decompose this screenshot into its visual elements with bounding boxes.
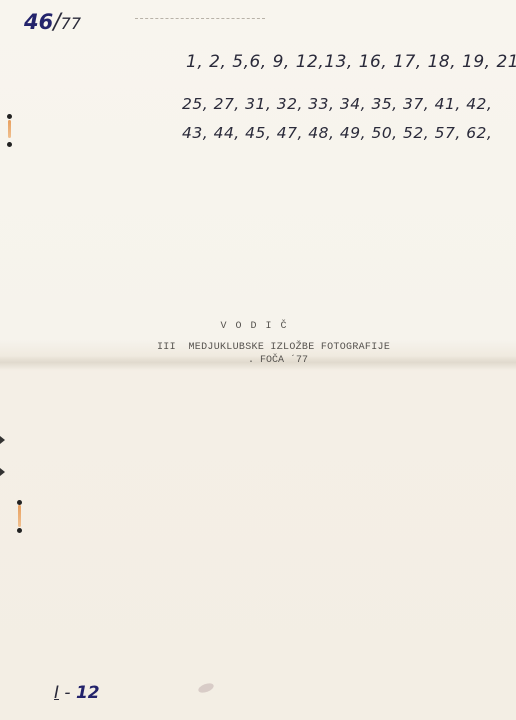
typed-place-year: . FOČA ´77 — [248, 355, 308, 366]
reference-number-value: 46 — [24, 10, 53, 34]
edge-mark-upper — [0, 436, 5, 444]
punch-hole-top-lower — [7, 142, 12, 147]
edge-mark-lower — [0, 468, 5, 476]
punch-hole-bottom-lower — [17, 528, 22, 533]
bottom-catalog-label: I - 12 — [54, 683, 100, 703]
typed-title: VODIČ — [0, 321, 516, 332]
handwritten-numbers-line-1: 1, 2, 5,6, 9, 12,13, 16, 17, 18, 19, 21 — [186, 52, 516, 72]
rust-stain-bottom — [18, 505, 21, 527]
rust-stain-top — [8, 120, 11, 138]
reference-number: 46/77 — [24, 10, 81, 35]
reference-year: 77 — [61, 14, 81, 33]
bottom-label-dash: - — [64, 683, 70, 703]
handwritten-numbers-line-2: 25, 27, 31, 32, 33, 34, 35, 37, 41, 42, — [182, 95, 492, 113]
ink-smudge — [197, 682, 215, 695]
faint-top-marks — [135, 18, 265, 20]
bottom-label-roman: I — [54, 683, 59, 703]
bottom-label-number: 12 — [76, 683, 100, 703]
reference-slash: / — [53, 10, 60, 35]
handwritten-numbers-line-3: 43, 44, 45, 47, 48, 49, 50, 52, 57, 62, — [182, 124, 492, 142]
punch-hole-top-upper — [7, 114, 12, 119]
typed-subtitle: III MEDJUKLUBSKE IZLOŽBE FOTOGRAFIJE — [157, 342, 390, 353]
scanned-document-page: 46/77 1, 2, 5,6, 9, 12,13, 16, 17, 18, 1… — [0, 0, 516, 720]
